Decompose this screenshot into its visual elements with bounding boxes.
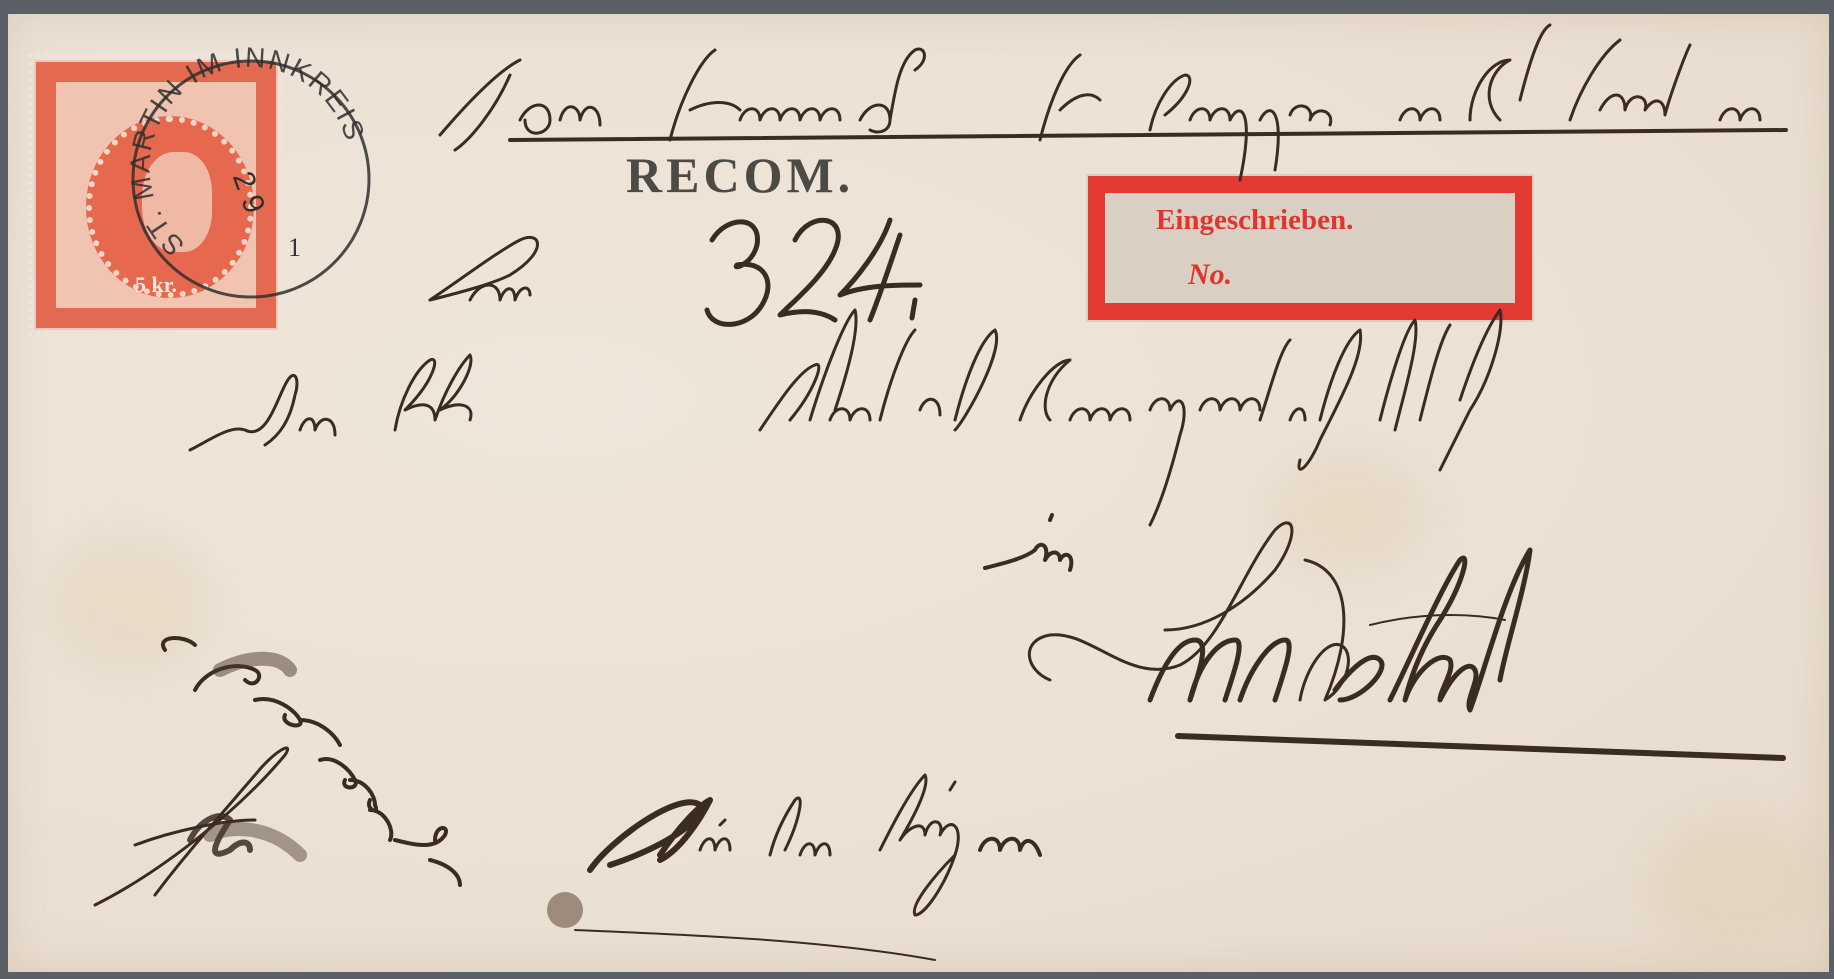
paper-stain (1268, 454, 1428, 574)
label-number: No. (1188, 258, 1232, 292)
label-border (1088, 176, 1532, 320)
registration-label: Eingeschrieben. No. (1086, 174, 1534, 322)
svg-text:ST. MARTIN IM INNKREIS: ST. MARTIN IM INNKREIS (124, 44, 371, 262)
paper-stain (48, 534, 208, 674)
postmark: ST. MARTIN IM INNKREIS 2 9 1 (116, 44, 386, 314)
postmark-date: 2 9 (226, 167, 271, 217)
paper-stain (1648, 814, 1828, 954)
postmark-town: ST. MARTIN IM INNKREIS (124, 44, 371, 262)
recom-handstamp: RECOM. (626, 146, 854, 204)
postmark-line: 1 (288, 233, 301, 262)
label-title: Eingeschrieben. (1156, 204, 1353, 237)
